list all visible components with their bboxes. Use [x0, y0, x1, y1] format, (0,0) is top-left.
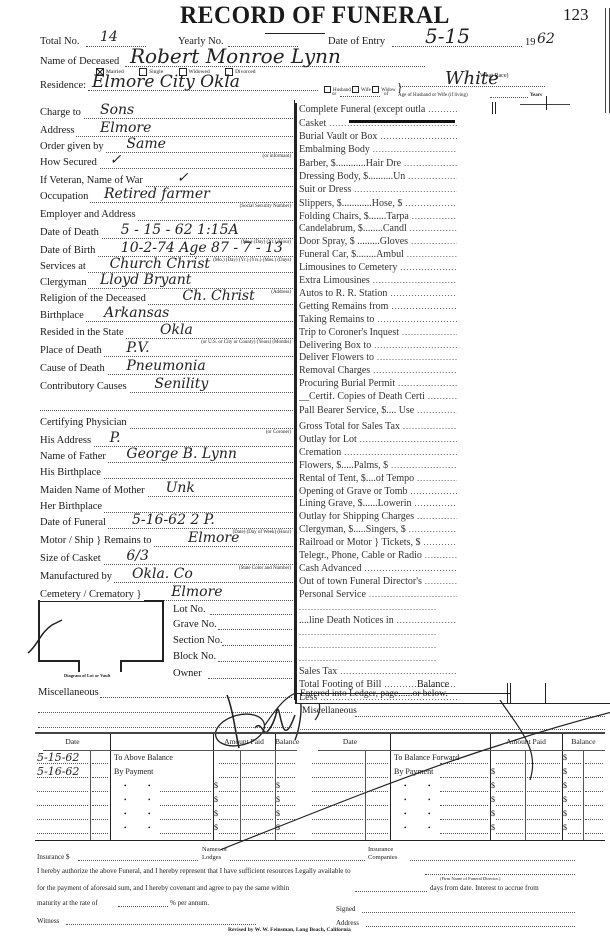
field-label: Contributory Causes	[40, 382, 129, 393]
date-column-header: Date	[35, 738, 110, 746]
charge-item-label: __Certif. Copies of Death Certi	[299, 392, 425, 402]
dot-leader: ........................................…	[374, 353, 457, 362]
charge-item-label: Casket	[299, 119, 326, 129]
section-no-line	[222, 645, 292, 646]
maturity-text: maturity at the rate of	[37, 900, 98, 907]
field-value[interactable]: 6/3	[126, 549, 149, 563]
bullet-mark: •	[124, 782, 126, 790]
field-label: How Secured	[40, 158, 99, 169]
dot-leader: ........................................…	[337, 667, 457, 676]
tick-3	[546, 96, 547, 110]
dot-leader: ........................................…	[299, 641, 437, 650]
dot-leader: ........................................…	[299, 654, 437, 663]
miscellaneous-label: Miscellaneous	[38, 688, 99, 699]
bullet-mark: •	[148, 782, 150, 790]
field-label: Place of Death	[40, 346, 104, 357]
lot-no-line	[210, 614, 292, 615]
ledger-description-cell: By Payment	[114, 768, 211, 776]
charge-line-item: ........................................…	[299, 641, 457, 651]
ledger-dot-line	[92, 805, 108, 806]
charge-line-item: Pall Bearer Service, $.... Use .........…	[299, 406, 457, 416]
field-value[interactable]: 5 - 15 - 62 1:15A	[121, 223, 239, 237]
dot-leader: ........................................…	[370, 366, 457, 375]
field-hint: (or Coroner)	[266, 430, 291, 435]
dot-leader: ........................................…	[422, 551, 457, 560]
date-of-entry-value[interactable]: 5-15	[425, 26, 470, 46]
field-value[interactable]: Elmore	[100, 121, 151, 135]
charge-item-label: Embalming Body	[299, 145, 370, 155]
charge-line-item: Delivering Box to ......................…	[299, 341, 457, 351]
dot-leader: ........................................…	[425, 392, 457, 401]
charge-item-label: Delivering Box to	[299, 341, 371, 351]
charge-item-label: ....line Death Notices in	[299, 616, 394, 626]
dot-leader: ........................................…	[388, 302, 457, 311]
address-label: Address	[336, 920, 359, 927]
field-label: Address	[40, 126, 76, 137]
charge-item-label: Barber, $............Hair Dre	[299, 159, 401, 169]
dot-leader: ........................................…	[399, 328, 457, 337]
dot-leader: ........................................…	[402, 199, 457, 208]
total-no-value[interactable]: 14	[100, 30, 118, 44]
form-field-row: Charge toSons	[40, 108, 295, 124]
dot-leader: ........................................…	[422, 577, 457, 586]
field-value[interactable]: Pneumonia	[126, 359, 205, 373]
dot-leader: ........................................…	[420, 538, 457, 547]
charge-item-label: Burial Vault or Box	[299, 132, 377, 142]
dot-leader: ........................................…	[387, 289, 457, 298]
charge-item-label: Lining Grave, $......Lowerin	[299, 499, 411, 509]
field-value[interactable]: ✓	[177, 171, 189, 185]
field-value[interactable]: George B. Lynn	[126, 447, 236, 461]
pen-mark-icon	[20, 615, 70, 660]
charge-item-label: Limousines to Cemetery	[299, 263, 397, 273]
bullet-mark: •	[124, 796, 126, 804]
years-label: Years	[530, 93, 542, 98]
dot-leader: ........................................…	[401, 159, 457, 168]
lot-diagram-notch-right	[120, 660, 122, 672]
form-field-row: ClergymanLloyd Bryant(Address)	[40, 278, 295, 294]
charge-line-item: ....line Death Notices in ..............…	[299, 616, 457, 626]
charge-line-item: ........................................…	[299, 628, 457, 638]
charge-line-item: Burial Vault or Box ....................…	[299, 132, 457, 142]
charge-line-item: Getting Remains from ...................…	[299, 302, 457, 312]
dot-leader: ........................................…	[400, 422, 457, 431]
form-field-row: Name of FatherGeorge B. Lynn	[40, 452, 295, 468]
lot-diagram-notch-left	[78, 660, 80, 672]
dot-leader: ........................................…	[374, 315, 457, 324]
address-field[interactable]	[366, 926, 575, 927]
field-value[interactable]: Same	[126, 137, 166, 151]
charge-item-label: Candelabrum, $........Candl	[299, 224, 407, 234]
charge-item-label: Taking Remains to	[299, 315, 374, 325]
dot-leader: ........................................…	[414, 474, 457, 483]
charge-item-label: Removal Charges	[299, 366, 370, 376]
field-hint: (Social Security Number)	[240, 204, 291, 209]
field-value[interactable]: Ch. Christ	[182, 289, 254, 303]
bullet-mark: •	[124, 824, 126, 832]
charge-item-label: Sales Tax	[299, 667, 337, 677]
form-field-row	[40, 400, 295, 416]
dot-leader: ........................................…	[299, 628, 437, 637]
form-field-row: How Secured✓	[40, 158, 295, 174]
charge-item-label: Folding Chairs, $.......Tarpa	[299, 212, 409, 222]
field-value[interactable]: Senility	[154, 377, 208, 391]
form-field-row: Motor / Ship } Remains toElmore	[40, 536, 295, 552]
field-value[interactable]: ✓	[110, 153, 122, 167]
field-value[interactable]: 10-2-74 Age 87 - 7 - 13	[121, 241, 283, 255]
funeral-charges-panel: Complete Funeral (except outla .........…	[295, 103, 457, 703]
charge-item-label: Rental of Tent, $....of Tempo	[299, 474, 414, 484]
strike-line-icon	[200, 700, 610, 860]
field-hint: (State Color and Number)	[239, 566, 291, 571]
charge-line-item: Railroad or Motor } Tickets, $ .........…	[299, 538, 457, 548]
ledger-dot-line	[92, 777, 108, 778]
title-underline	[265, 33, 325, 34]
days-line	[355, 891, 427, 892]
charge-line-item: Gross Total for Sales Tax ..............…	[299, 422, 457, 432]
charge-line-item: Lining Grave, $......Lowerin ...........…	[299, 499, 457, 509]
owner-line	[208, 678, 292, 679]
charge-item-label: Slippers, $............Hose, $	[299, 199, 402, 209]
charge-item-label: Outlay for Lot	[299, 435, 357, 445]
dot-leader: ........................................…	[370, 276, 457, 285]
bullet-mark: •	[124, 810, 126, 818]
charge-item-label: Personal Service	[299, 590, 366, 600]
charge-line-item: Personal Service .......................…	[299, 590, 457, 600]
form-field-row: Contributory CausesSenility	[40, 382, 295, 398]
what-race-value[interactable]: White	[445, 70, 499, 88]
firm-name-line	[425, 874, 575, 875]
ledger-dot-line	[37, 833, 88, 834]
charge-item-label: Suit or Dress	[299, 185, 351, 195]
ledger-date-cell[interactable]: 5-16-62	[37, 766, 108, 777]
charge-item-label: Flowers, $.....Palms, $	[299, 461, 388, 471]
field-label: Employer and Address	[40, 210, 138, 221]
field-value[interactable]: Church Christ	[110, 257, 210, 271]
charge-item-label: Door Spray, $ .........Gloves	[299, 237, 408, 247]
ledger-description-cell: To Above Balance	[114, 754, 211, 762]
charge-line-item: Cash Advanced ..........................…	[299, 564, 457, 574]
dot-leader: ........................................…	[357, 435, 457, 444]
tick-rule	[520, 104, 570, 105]
charge-line-item: Telegr., Phone, Cable or Radio .........…	[299, 551, 457, 561]
block-no-label: Block No.	[173, 652, 216, 663]
form-field-row: AddressElmore	[40, 126, 295, 142]
charge-line-item: Outlay for Lot .........................…	[299, 435, 457, 445]
dot-leader: ........................................…	[366, 590, 457, 599]
insurance-label: Insurance $	[37, 854, 69, 861]
spouse-or-label: or	[332, 92, 336, 97]
page-edge-border	[605, 8, 610, 113]
field-label: Certifying Physician	[40, 418, 129, 429]
field-label: Cemetery / Crematory }	[40, 590, 144, 601]
field-label: Occupation	[40, 192, 90, 203]
ledger-dot-line	[37, 805, 88, 806]
charge-line-item: Dressing Body, $..........Un ...........…	[299, 172, 457, 182]
charge-item-label: Autos to R. R. Station	[299, 289, 387, 299]
charge-line-item: Barber, $............Hair Dre ..........…	[299, 159, 457, 169]
field-value[interactable]: Retired farmer	[104, 187, 210, 201]
field-line	[40, 410, 295, 411]
charge-item-label: Getting Remains from	[299, 302, 388, 312]
grave-no-line	[218, 629, 292, 630]
lot-diagram-base-left	[38, 660, 80, 662]
field-label: Resided in the State	[40, 328, 126, 339]
ledger-date-cell[interactable]: 5-15-62	[37, 752, 108, 763]
dot-leader: ........................................…	[406, 525, 457, 534]
charge-item-label: Pall Bearer Service, $.... Use	[299, 406, 414, 416]
charge-item-label: Trip to Coroner's Inquest	[299, 328, 399, 338]
field-value[interactable]: Okla. Co	[132, 567, 193, 581]
charges-heading-rule	[349, 120, 455, 123]
field-hint: (or U.S. or City or County) (Years) (Mon…	[201, 340, 291, 345]
field-label: Clergyman	[40, 278, 88, 289]
charge-line-item: Opening of Grave or Tomb ...............…	[299, 487, 457, 497]
charge-line-item: Limousines to Cemetery .................…	[299, 263, 457, 273]
charge-item-label: Telegr., Phone, Cable or Radio	[299, 551, 422, 561]
entered-ledger-label: Entered into Ledger, page......or below.	[300, 690, 448, 700]
field-value[interactable]: Okla	[160, 323, 193, 337]
lodges-label: Names of Lodges	[202, 846, 232, 862]
field-value[interactable]: Elmore	[171, 585, 222, 599]
lodges-line	[230, 860, 365, 861]
form-field-row: Maiden Name of MotherUnk	[40, 486, 295, 502]
dot-leader: ........................................…	[411, 499, 457, 508]
dot-leader: ........................................…	[362, 564, 458, 573]
dot-leader: ........................................…	[394, 616, 457, 625]
ledger-dot-line	[92, 819, 108, 820]
name-of-deceased-label: Name of Deceased	[40, 57, 119, 68]
charge-line-item: Candelabrum, $........Candl ............…	[299, 224, 457, 234]
charge-line-item: Slippers, $............Hose, $ .........…	[299, 199, 457, 209]
dot-leader: ........................................…	[408, 237, 457, 246]
dot-leader: ........................................…	[409, 212, 457, 221]
field-line	[40, 136, 295, 137]
charge-line-item: Door Spray, $ .........Gloves ..........…	[299, 237, 457, 247]
charge-item-label: Dressing Body, $..........Un	[299, 172, 405, 182]
wife-checkbox[interactable]: Wife	[352, 88, 371, 93]
charge-item-label: Funeral Car, $........Ambul	[299, 250, 404, 260]
age-spouse-label: Age of Husband or Wife (if living)	[398, 93, 468, 98]
section-no-label: Section No.	[173, 636, 223, 647]
name-of-deceased-value[interactable]: Robert Monroe Lynn	[130, 46, 341, 66]
bullet-mark: •	[148, 796, 150, 804]
year-prefix: 19	[525, 38, 536, 49]
ledger-dot-line	[92, 763, 108, 764]
spouse-name-line	[340, 96, 380, 97]
payment-text: for the payment of aforesaid sum, and I …	[37, 885, 289, 892]
dot-leader: ........................................…	[370, 145, 457, 154]
charge-line-item: Folding Chairs, $.......Tarpa ..........…	[299, 212, 457, 222]
charge-line-item: Complete Funeral (except outla .........…	[299, 105, 457, 115]
ledger-dot-line	[92, 791, 108, 792]
dot-leader: ........................................…	[414, 406, 457, 415]
residence-label: Residence:	[40, 81, 86, 92]
dot-leader: ........................................…	[408, 487, 457, 496]
age-spouse-line	[490, 97, 528, 98]
lot-diagram-base-right	[120, 660, 162, 662]
charge-item-label: Out of town Funeral Director's	[299, 577, 422, 587]
field-label: Religion of the Deceased	[40, 294, 148, 305]
spouse-of-label: of	[384, 92, 388, 97]
form-field-row: Resided in the StateOkla(or U.S. or City…	[40, 328, 295, 344]
firm-name-note: (Firm Name of Funeral Director.)	[440, 877, 500, 882]
charge-line-item: Cremation ..............................…	[299, 448, 457, 458]
charge-line-item: Clergyman, $.....Singers, $ ............…	[299, 525, 457, 535]
field-label: Her Birthplace	[40, 502, 104, 513]
dot-leader: ........................................…	[395, 379, 457, 388]
bullet-mark: •	[148, 824, 150, 832]
charge-line-item: Out of town Funeral Director's .........…	[299, 577, 457, 587]
total-no-label: Total No.	[40, 37, 80, 48]
field-label: Date of Death	[40, 228, 101, 239]
charge-line-item: Sales Tax ..............................…	[299, 667, 457, 677]
charge-line-item: Trip to Coroner's Inquest ..............…	[299, 328, 457, 338]
charge-line-item: ........................................…	[299, 603, 457, 613]
charge-line-item: Procuring Burial Permit ................…	[299, 379, 457, 389]
field-label: Date of Birth	[40, 246, 97, 257]
residence-value[interactable]: Elmore City Okla	[92, 74, 240, 91]
page-title: RECORD OF FUNERAL	[180, 2, 450, 30]
dot-leader: ........................................…	[351, 185, 457, 194]
field-label: Motor / Ship } Remains to	[40, 536, 154, 547]
field-label: Services at	[40, 262, 88, 273]
witness-label: Witness	[37, 918, 59, 925]
dot-leader: ........................................…	[377, 132, 457, 141]
charge-line-item: ........................................…	[299, 654, 457, 664]
field-value[interactable]: P.V.	[126, 341, 149, 355]
bullet-mark: •	[148, 810, 150, 818]
insurance-companies-label: Insurance Companies	[368, 846, 413, 862]
field-label: Name of Father	[40, 452, 108, 463]
charge-line-item: Suit or Dress ..........................…	[299, 185, 457, 195]
form-field-row: OccupationRetired farmer(Social Security…	[40, 192, 295, 208]
charge-line-item: Funeral Car, $........Ambul ............…	[299, 250, 457, 260]
witness-field[interactable]	[66, 924, 256, 925]
form-field-row: Date of Funeral5-16-62 2 P.(Date) (Day o…	[40, 518, 295, 534]
charge-line-item: Taking Remains to ......................…	[299, 315, 457, 325]
field-value[interactable]: Sons	[100, 103, 134, 117]
dot-leader: ........................................…	[397, 263, 457, 272]
insurance-line	[78, 860, 198, 861]
rate-line	[118, 906, 168, 907]
field-value[interactable]: Elmore	[188, 531, 239, 545]
field-label: His Birthplace	[40, 468, 103, 479]
revised-by-credit: Revised by W. W. Feinsman, Long Beach, C…	[228, 928, 351, 934]
block-no-line	[218, 661, 292, 662]
charge-item-label: Railroad or Motor } Tickets, $	[299, 538, 420, 548]
field-label: Manufactured by	[40, 572, 114, 583]
field-label: Date of Funeral	[40, 518, 108, 529]
field-label: Order given by	[40, 142, 106, 153]
charge-item-label: Gross Total for Sales Tax	[299, 422, 400, 432]
lot-no-label: Lot No.	[173, 605, 206, 616]
per-annum-text: % per annum.	[170, 900, 209, 907]
field-value[interactable]: Arkansas	[104, 306, 169, 320]
charge-line-item: Embalming Body .........................…	[299, 145, 457, 155]
charge-line-item: Extra Limousines .......................…	[299, 276, 457, 286]
page-number: 123	[563, 5, 589, 25]
charge-line-item: __Certif. Copies of Death Certi ........…	[299, 392, 457, 402]
dot-leader: ........................................…	[405, 172, 457, 181]
form-field-row: Manufactured byOkla. Co	[40, 572, 295, 588]
tick-2	[495, 102, 496, 114]
dot-leader: ........................................…	[299, 603, 437, 612]
dot-leader: ........................................…	[404, 250, 457, 259]
charge-item-label: Outlay for Shipping Charges	[299, 512, 414, 522]
charge-line-item: Deliver Flowers to .....................…	[299, 353, 457, 363]
ledger-dot-line	[37, 791, 88, 792]
form-field-row: Certifying Physician(or Coroner)	[40, 418, 295, 434]
field-value[interactable]: P.	[110, 431, 121, 445]
husband-checkbox[interactable]: Husband	[324, 88, 351, 93]
charge-item-label: Cremation	[299, 448, 341, 458]
field-label: His Address	[40, 436, 93, 447]
signed-label: Signed	[336, 906, 355, 913]
field-label: Cause of Death	[40, 364, 107, 375]
charge-item-label: Procuring Burial Permit	[299, 379, 395, 389]
charge-line-item: Removal Charges ........................…	[299, 366, 457, 376]
field-value[interactable]: Unk	[166, 481, 195, 495]
ledger-dot-line	[37, 777, 88, 778]
authorize-text: I hereby authorize the above Funeral, an…	[37, 868, 351, 875]
charge-item-label: Clergyman, $.....Singers, $	[299, 525, 406, 535]
charge-line-item: Flowers, $.....Palms, $ ................…	[299, 461, 457, 471]
signed-field[interactable]	[362, 912, 575, 913]
field-label: If Veteran, Name of War	[40, 176, 145, 187]
charge-item-label: Complete Funeral (except outla	[299, 105, 425, 115]
year-value[interactable]: 62	[537, 32, 555, 46]
charge-item-label: Opening of Grave or Tomb	[299, 487, 408, 497]
dot-leader: ........................................…	[425, 105, 457, 114]
charge-item-label: Deliver Flowers to	[299, 353, 374, 363]
companies-line	[410, 860, 575, 861]
ledger-subcolumn-rule	[90, 750, 91, 840]
field-label: Charge to	[40, 108, 83, 119]
field-value[interactable]: Lloyd Bryant	[100, 273, 191, 287]
tick-1	[492, 102, 493, 114]
charge-line-item: Outlay for Shipping Charges ............…	[299, 512, 457, 522]
field-value[interactable]: 5-16-62 2 P.	[132, 513, 215, 527]
dot-leader: ........................................…	[407, 224, 457, 233]
days-text: days from date. Interest to accrue from	[430, 885, 539, 892]
charge-item-label: Extra Limousines	[299, 276, 370, 286]
grave-no-label: Grave No.	[173, 620, 217, 631]
dot-leader: ........................................…	[371, 341, 457, 350]
owner-label: Owner	[173, 669, 202, 680]
field-label: Maiden Name of Mother	[40, 486, 147, 497]
ledger-dot-line	[37, 763, 88, 764]
charge-item-label: Cash Advanced	[299, 564, 362, 574]
field-label: Size of Casket	[40, 554, 103, 565]
charge-line-item: Rental of Tent, $....of Tempo ..........…	[299, 474, 457, 484]
field-label: Birthplace	[40, 311, 86, 322]
form-field-row: Order given bySame(or informant)	[40, 142, 295, 158]
ledger-dot-line	[37, 819, 88, 820]
dot-leader: ........................................…	[388, 461, 457, 470]
dot-leader: ........................................…	[341, 448, 457, 457]
lot-diagram-caption: Diagram of Lot or Vault	[64, 674, 110, 679]
dot-leader: ........................................…	[414, 512, 457, 521]
field-hint: (Date) (Day of Week) (Hour)	[233, 530, 291, 535]
charge-line-item: Autos to R. R. Station .................…	[299, 289, 457, 299]
ledger-dot-line	[92, 833, 108, 834]
